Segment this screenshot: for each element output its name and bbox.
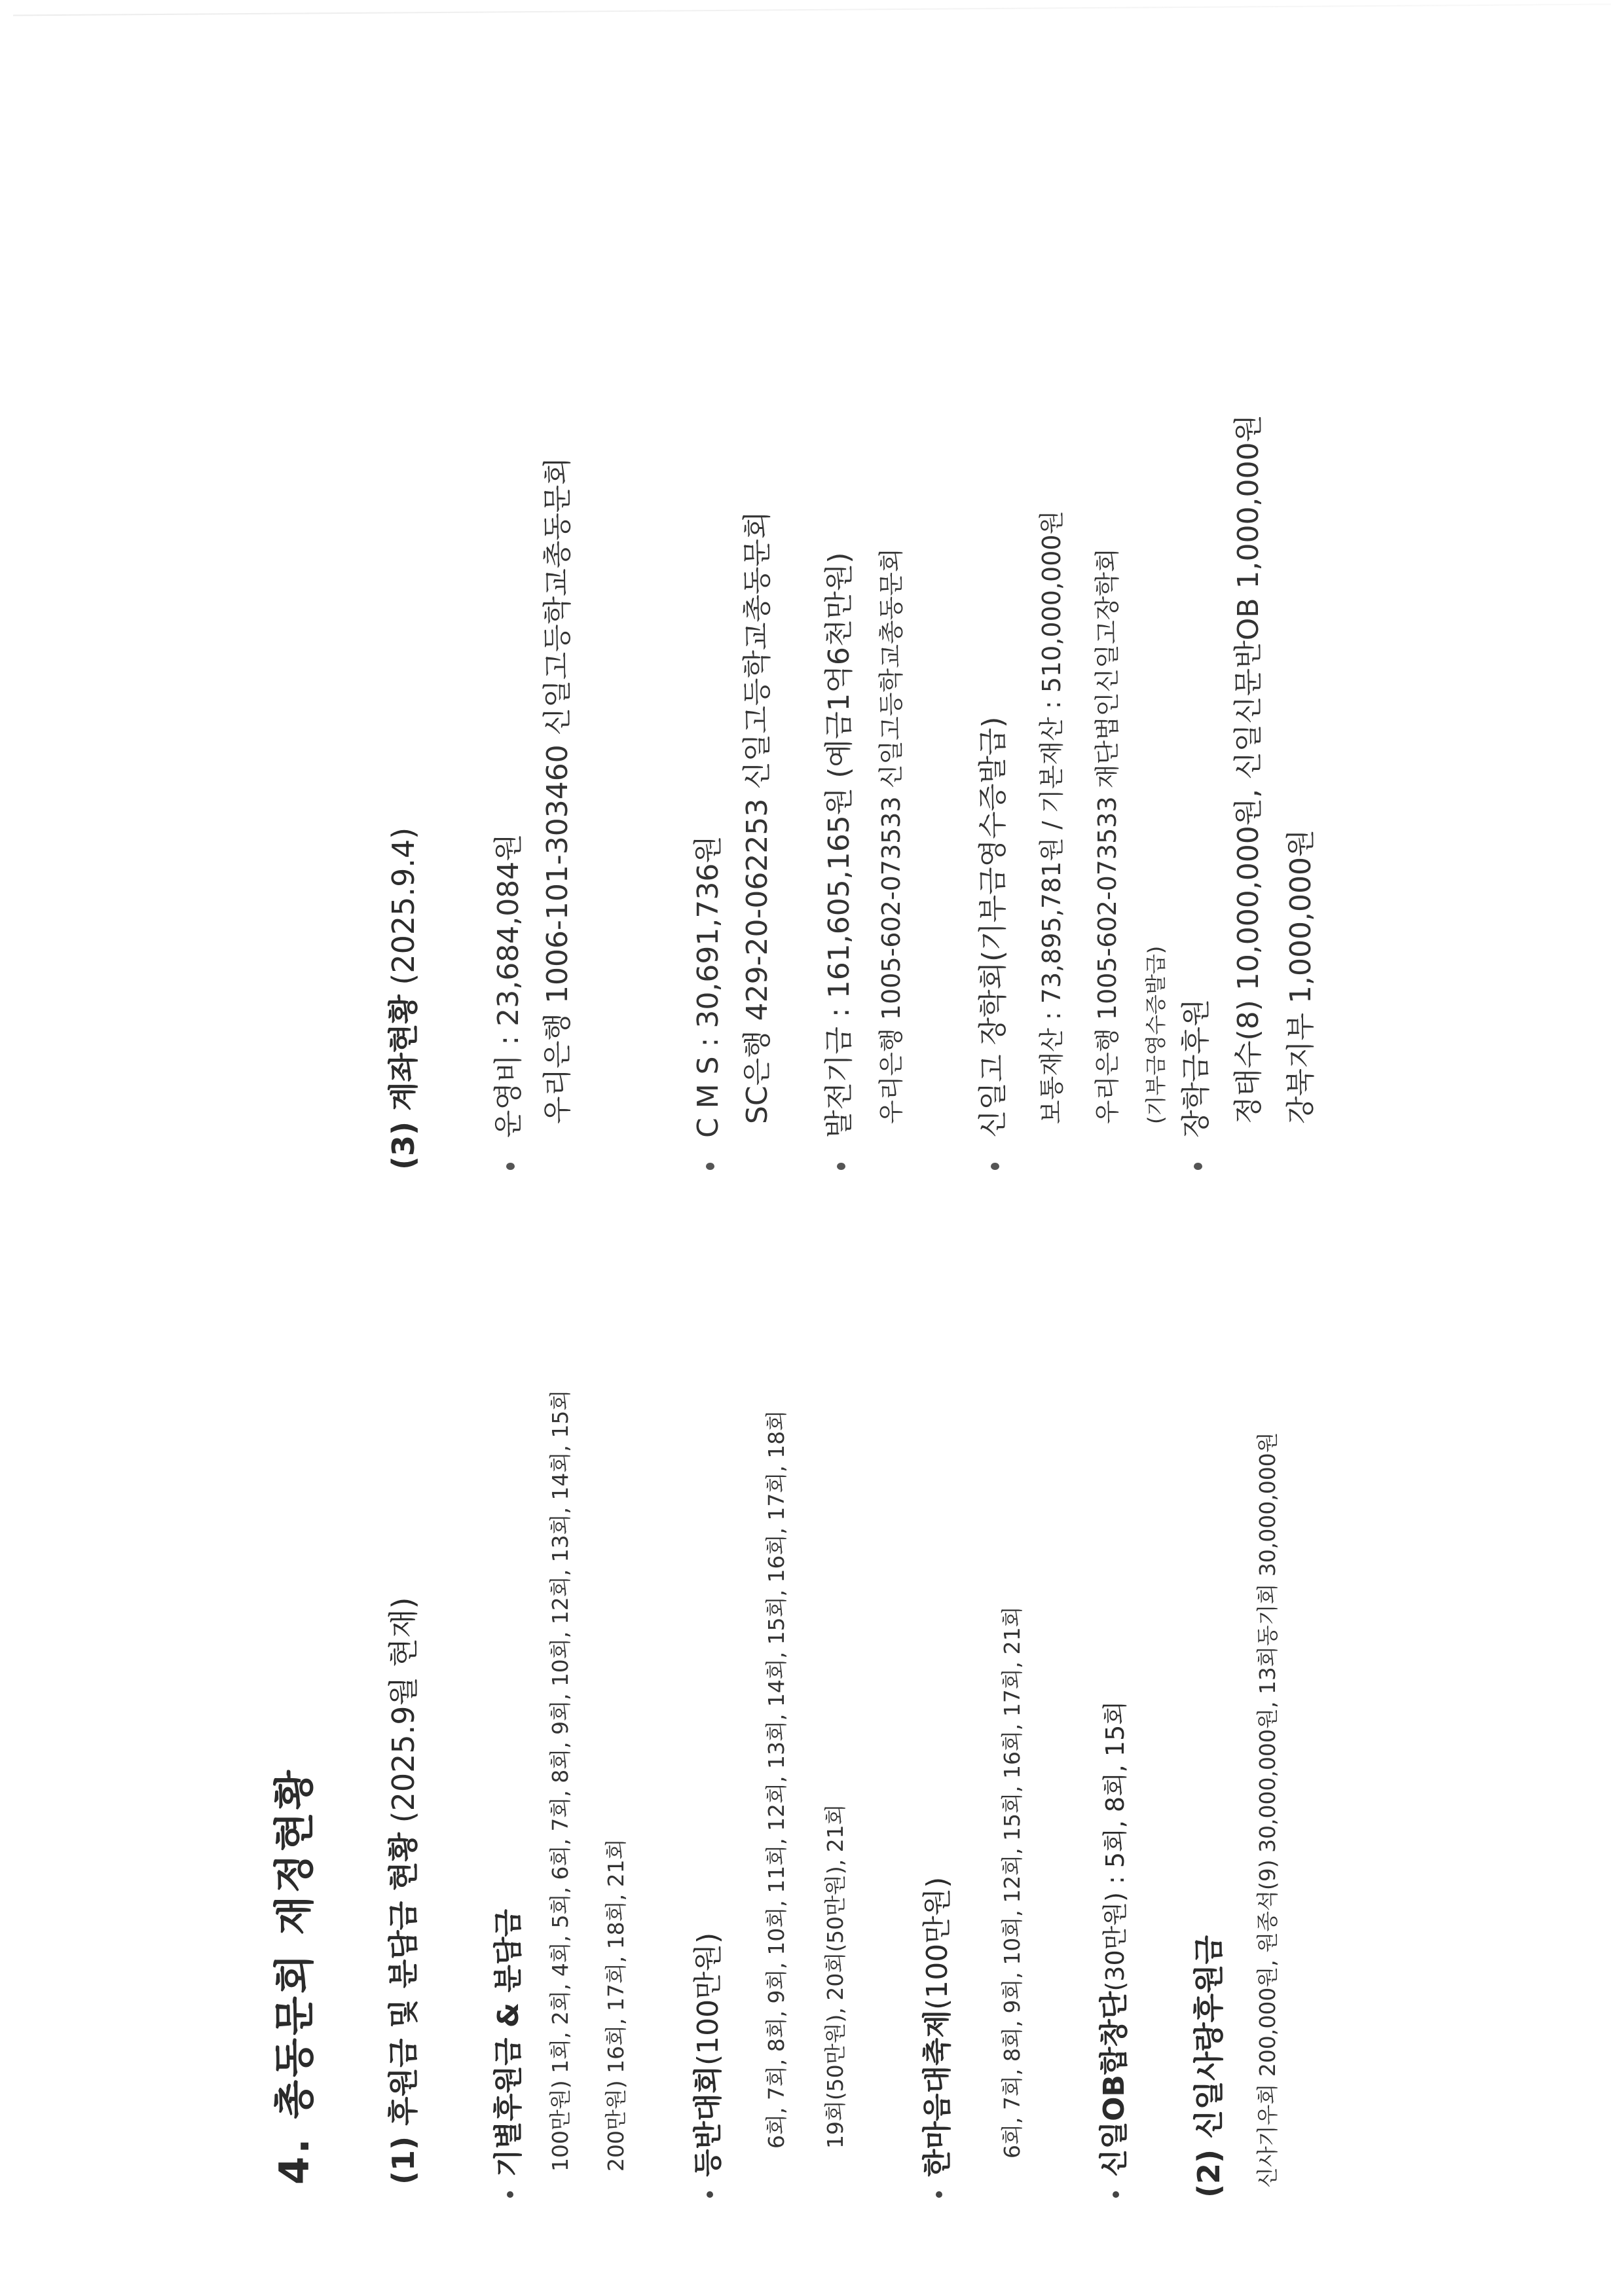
group-header-hiking: 등반대회(100만원) (684, 1933, 726, 2198)
account-line: 보통재산 : 73,895,781원 / 기본재산 : 510,000,000원 (1031, 511, 1067, 1124)
account-label: C M S : 30,691,736원 (692, 835, 725, 1138)
account-line: (기부금영수증발급) (1139, 946, 1170, 1124)
page-title: 4. 총동문회 재정현황 (262, 1768, 320, 2185)
group-title: 신일OB합창단 (1098, 1992, 1131, 2177)
account-label: 장학금후원 (1179, 998, 1213, 1138)
account-line: 강북지부 1,000,000원 (1277, 829, 1319, 1124)
group-line: 200만원) 16회, 17회, 18회, 21회 (599, 1838, 630, 2172)
account-item-development-fund: 발전기금 : 161,605,165원 (예금1억6천만원) (815, 552, 857, 1170)
document-page: 4. 총동문회 재정현황 (1) 후원금 및 분담금 현황 (2025.9월 현… (0, 0, 1624, 2296)
section2-line: 신사기우회 200,000원, 원종석(9) 30,000,000원, 13회동… (1251, 1432, 1282, 2188)
bullet-dot-icon (706, 1163, 714, 1170)
bullet-dot-icon (837, 1163, 845, 1170)
account-item-cms: C M S : 30,691,736원 (684, 835, 726, 1170)
section2-heading-title: (2) 신일사랑후원금 (1191, 1935, 1227, 2198)
bullet-dot-icon (1113, 2191, 1119, 2198)
bullet-dot-icon (936, 2191, 942, 2198)
group-line: 6회, 7회, 8회, 9회, 10회, 12회, 15회, 16회, 17회,… (995, 1606, 1026, 2159)
group-header-festival: 한마음대축제(100만원) (913, 1877, 955, 2198)
group-line: 100만원) 1회, 2회, 4회, 5회, 6회, 7회, 8회, 9회, 1… (544, 1390, 574, 2172)
group-subtitle: (100만원) (692, 1933, 725, 2066)
account-item-operating: 운영비 : 23,684,084원 (485, 833, 526, 1170)
account-line: 정태수(8) 10,000,000원, 신일신문반OB 1,000,000원 (1225, 414, 1266, 1124)
bullet-dot-icon (707, 2191, 713, 2198)
account-label: 신일고 장학회(기부금영수증발급) (976, 717, 1010, 1138)
section2-heading: (2) 신일사랑후원금 (1185, 1935, 1228, 2198)
account-line: 우리은행 1005-602-073533 신일고등학교총동문회 (871, 548, 907, 1124)
group-line: 19회(50만원), 20회(50만원), 21회 (819, 1804, 849, 2149)
section1-heading: (1) 후원금 및 분담금 현황 (2025.9월 현재) (380, 1597, 423, 2185)
section1-heading-title: (1) 후원금 및 분담금 현황 (386, 1832, 421, 2185)
account-line: 우리은행 1005-602-073533 재단법인신일고장학회 (1087, 548, 1123, 1124)
section3-heading: (3) 계좌현황 (2025.9.4) (380, 828, 423, 1170)
bullet-dot-icon (507, 2191, 513, 2198)
bullet-dot-icon (1194, 1163, 1202, 1170)
group-line: 6회, 7회, 8회, 9회, 10회, 11회, 12회, 13회, 14회,… (760, 1410, 790, 2149)
account-label: 발전기금 : 161,605,165원 (예금1억6천만원) (822, 552, 856, 1138)
account-line: SC은행 429-20-062253 신일고등학교총동문회 (733, 511, 775, 1124)
group-header-donations: 기별후원금 & 분담금 (485, 1909, 526, 2198)
bullet-dot-icon (506, 1163, 515, 1170)
account-label: 운영비 : 23,684,084원 (492, 833, 525, 1138)
group-header-choir: 신일OB합창단(30만원) : 5회, 8회, 15회 (1090, 1701, 1132, 2198)
bullet-dot-icon (991, 1163, 999, 1170)
account-item-scholarship-foundation: 신일고 장학회(기부금영수증발급) (969, 717, 1011, 1170)
group-title: 기별후원금 & 분담금 (492, 1909, 525, 2177)
section3-heading-title: (3) 계좌현황 (386, 994, 421, 1170)
group-title: 등반대회 (692, 2066, 725, 2177)
section1-heading-date: (2025.9월 현재) (386, 1597, 421, 1823)
group-subtitle: (30만원) : 5회, 8회, 15회 (1101, 1701, 1130, 1992)
group-subtitle: (100만원) (921, 1877, 954, 2010)
account-item-scholarship-donation: 장학금후원 (1172, 998, 1214, 1170)
section3-heading-date: (2025.9.4) (386, 828, 421, 985)
group-title: 한마음대축제 (921, 2010, 954, 2177)
account-line: 우리은행 1006-101-303460 신일고등학교총동문회 (534, 457, 576, 1124)
